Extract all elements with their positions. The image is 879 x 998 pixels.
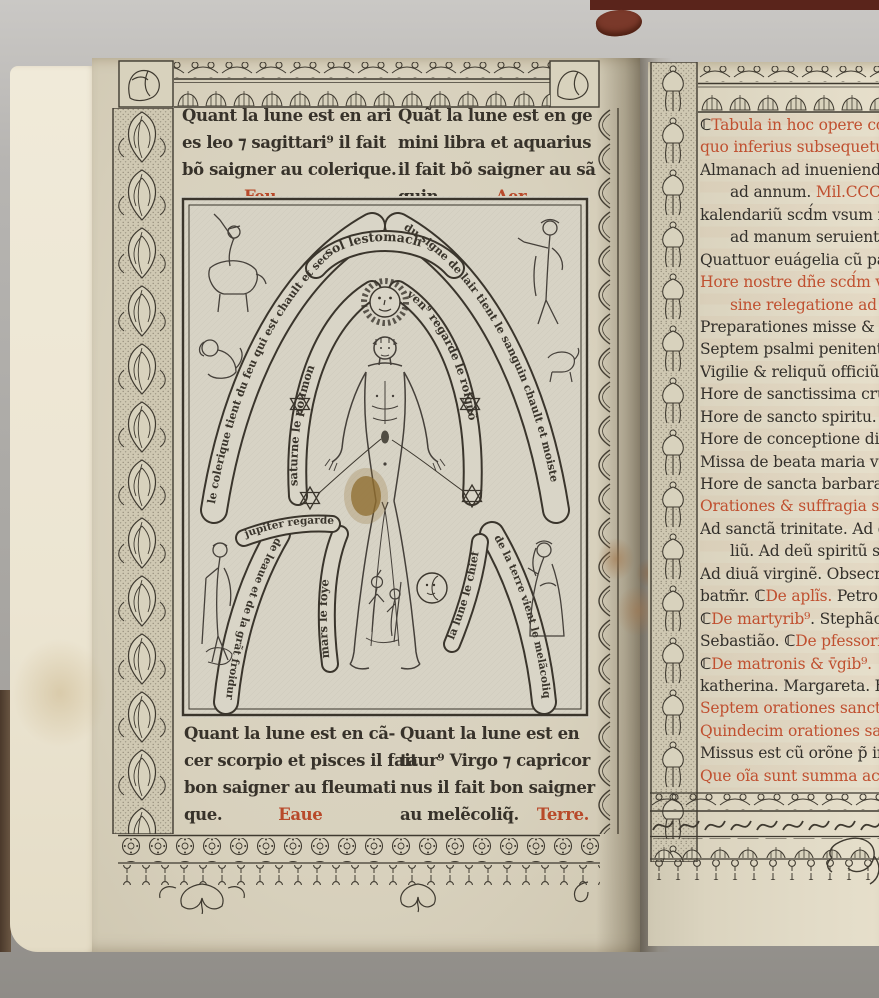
text-line: Ad diuã virginẽ. Obsecro [700, 563, 879, 585]
text-line: Quant la lune est en ari [182, 102, 398, 129]
text-line: Hore de sancta barbara vi [700, 473, 879, 495]
text-line: kalendariũ scd́m vsum ro [700, 204, 879, 226]
text-line: Preparationes misse & or [700, 316, 879, 338]
text-line: Que oĩa sunt summa acc [700, 765, 879, 787]
text-line: nus il fait bon saigner [400, 774, 602, 801]
text-line: Quant la lune est en cã- [184, 720, 400, 747]
left-page: Quant la lune est en aries leo ⁊ sagitta… [92, 58, 640, 952]
zodiac-man-woodcut: le colerique tient du feu qui est chault… [180, 196, 590, 718]
text-line: quo inferius subsequetur [700, 136, 879, 158]
text-line: ℂTabula in hoc opere co [700, 114, 879, 136]
flyleaf-page-edge [10, 66, 96, 952]
text-line: sine relegatione ad pri [700, 294, 879, 316]
right-page-top-frieze [698, 64, 879, 114]
text-line: Hore nostre dñe scd́m ver [700, 271, 879, 293]
verse-water-phlegmatic: Quant la lune est en cã-cer scorpio et p… [184, 720, 400, 828]
book-cover-top-edge [590, 0, 879, 10]
right-page: ℂTabula in hoc opere coquo inferius subs… [648, 62, 879, 946]
text-line: Hore de sancto spiritu. [700, 406, 879, 428]
text-line: taur⁹ Virgo ⁊ capricor [400, 747, 602, 774]
spine-headcap [595, 7, 644, 38]
text-line: Septem psalmi penitenti [700, 338, 879, 360]
text-line: que.Eaue [184, 801, 400, 828]
bottom-border-band [118, 834, 600, 914]
text-line: Sebastião. ℂDe pfessorib [700, 630, 879, 652]
foliate-pendant [160, 884, 245, 914]
verse-earth-melancholic: Quant la lune est entaur⁹ Virgo ⁊ capric… [400, 720, 602, 828]
text-line: Hore de conceptione diu [700, 428, 879, 450]
text-line: Ad sanctã trinitate. Ad d [700, 518, 879, 540]
right-page-text: ℂTabula in hoc opere coquo inferius subs… [700, 114, 879, 790]
text-line: cer scorpio et pisces il fait [184, 747, 400, 774]
text-line: bõ saigner au colerique. [182, 156, 398, 183]
text-line: ℂDe martyrib⁹. Stephão [700, 608, 879, 630]
text-line: Missus est cũ orõne p̃ in [700, 742, 879, 764]
text-line: katherina. Margareta. B [700, 675, 879, 697]
top-border-frieze [118, 60, 600, 108]
foliate-pendant [401, 884, 435, 912]
text-line: ad manum seruientibus [700, 226, 879, 248]
text-line: Almanach ad inueniend [700, 159, 879, 181]
text-line: il fait bõ saigner au sã [398, 156, 600, 183]
text-line: Vigilie & reliquũ officiũ [700, 361, 879, 383]
text-line: Missa de beata maria virg [700, 451, 879, 473]
text-line: Quãt la lune est en ge [398, 102, 600, 129]
svg-text:mars le foye: mars le foye [316, 578, 332, 659]
text-line: bon saigner au fleumati [184, 774, 400, 801]
text-line: liũ. Ad deũ spiritũ san [700, 540, 879, 562]
text-line: Quindecim orationes sa [700, 720, 879, 742]
text-line: es leo ⁊ sagittari⁹ il fait [182, 129, 398, 156]
right-page-bottom-bands [650, 792, 879, 888]
photo-background: Quant la lune est en aries leo ⁊ sagitta… [0, 0, 879, 998]
text-line: ad annum. Mil.CCCC [700, 181, 879, 203]
text-line: Quattuor euágelia cũ pas [700, 249, 879, 271]
text-line: Quant la lune est en [400, 720, 602, 747]
text-line: au melẽcoliq̃.Terre. [400, 801, 602, 828]
text-line: ℂDe matronis & v̄gib⁹. [700, 653, 879, 675]
verse-air-sanguine: Quãt la lune est en gemini libra et aqua… [398, 102, 600, 210]
text-line: batm̃r. ℂDe aplĩs. Petro [700, 585, 879, 607]
text-line: Orationes & suffragia so [700, 495, 879, 517]
text-line: Septem orationes sancti [700, 697, 879, 719]
left-border-strip [112, 108, 174, 834]
text-line: Hore de sanctissima cruce [700, 383, 879, 405]
right-page-border-column [650, 62, 698, 862]
text-line: mini libra et aquarius [398, 129, 600, 156]
moon-face-icon [417, 573, 447, 603]
verse-fire-choleric: Quant la lune est en aries leo ⁊ sagitta… [182, 102, 398, 210]
